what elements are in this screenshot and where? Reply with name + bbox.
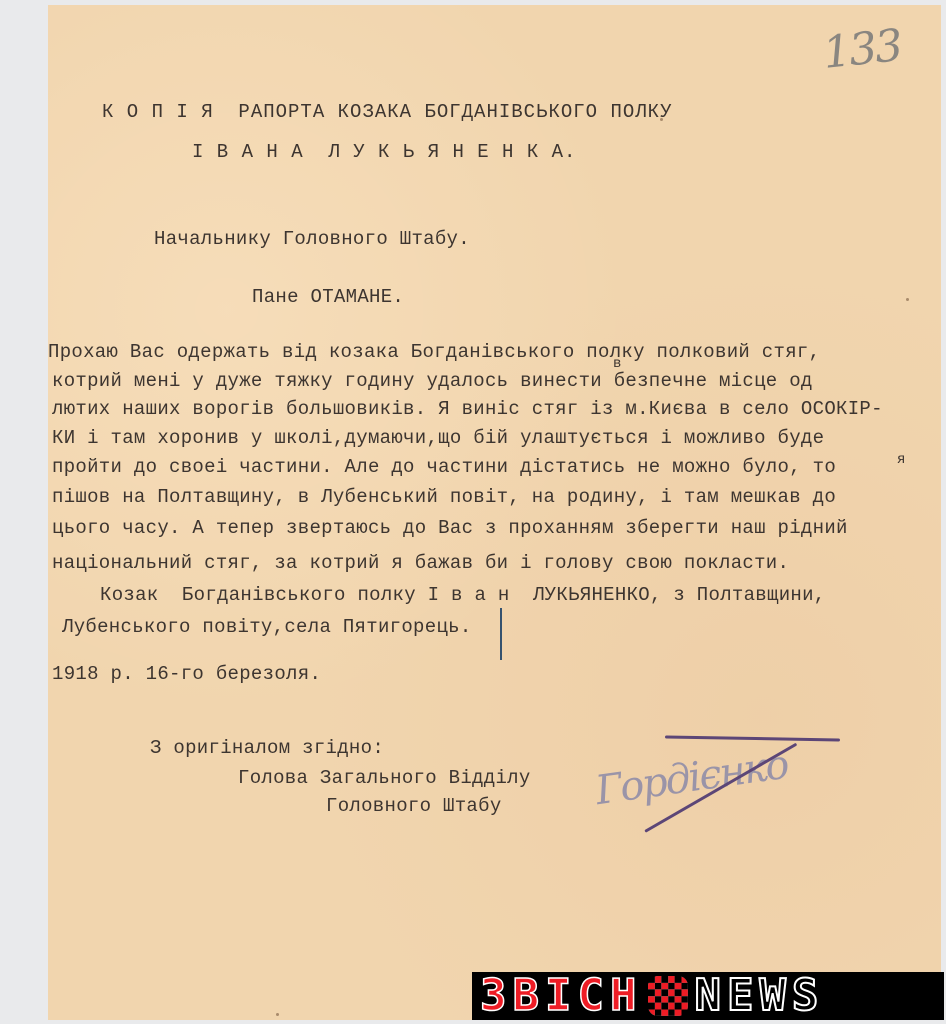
body-line: пройти до своеі частини. Але до частини … (52, 456, 836, 478)
watermark-text-outline: NEWS (694, 972, 824, 1020)
document-title-line-1: К О П І Я РАПОРТА КОЗАКА БОГДАНІВСЬКОГО … (102, 101, 673, 123)
inserted-word: я (897, 452, 905, 468)
paper-speck (906, 298, 909, 301)
body-line: пішов на Полтавщину, в Лубенський повіт,… (52, 486, 836, 508)
body-line: котрий мені у дуже тяжку годину удалось … (52, 370, 813, 392)
certification-line-1: З оригіналом згідно: (150, 737, 384, 759)
certification-line-3: Головного Штабу (326, 795, 502, 817)
body-line: лютих наших ворогів большовиків. Я виніс… (52, 398, 883, 420)
body-line: національний стяг, за котрий я бажав би … (52, 552, 789, 574)
certification-line-2: Голова Загального Відділу (238, 767, 531, 789)
inserted-word: в (613, 356, 621, 372)
watermark-logo: ЗВІСН NEWS (472, 972, 944, 1020)
signatory-line-1: Козак Богданівського полку І в а н ЛУКЬЯ… (100, 584, 826, 606)
document-title-line-2: І В А Н А Л У К Ь Я Н Е Н К А. (192, 141, 576, 163)
watermark-text-red: ЗВІСН (480, 972, 642, 1020)
document-date: 1918 р. 16-го березоля. (52, 663, 321, 685)
body-line: цього часу. А тепер звертаюсь до Вас з п… (52, 517, 848, 539)
signatory-line-2: Лубенського повіту,села Пятигорець. (62, 616, 472, 638)
pen-mark-vertical (500, 608, 502, 660)
body-line: Прохаю Вас одержать від козака Богданівс… (48, 341, 820, 363)
archive-page-number: 133 (821, 20, 904, 79)
addressee: Начальнику Головного Штабу. (154, 228, 470, 250)
checkered-emblem-icon (648, 976, 688, 1016)
body-line: КИ і там хоронив у школі,думаючи,що бій … (52, 427, 824, 449)
salutation: Пане ОТАМАНЕ. (252, 286, 404, 308)
paper-speck (276, 1013, 279, 1016)
